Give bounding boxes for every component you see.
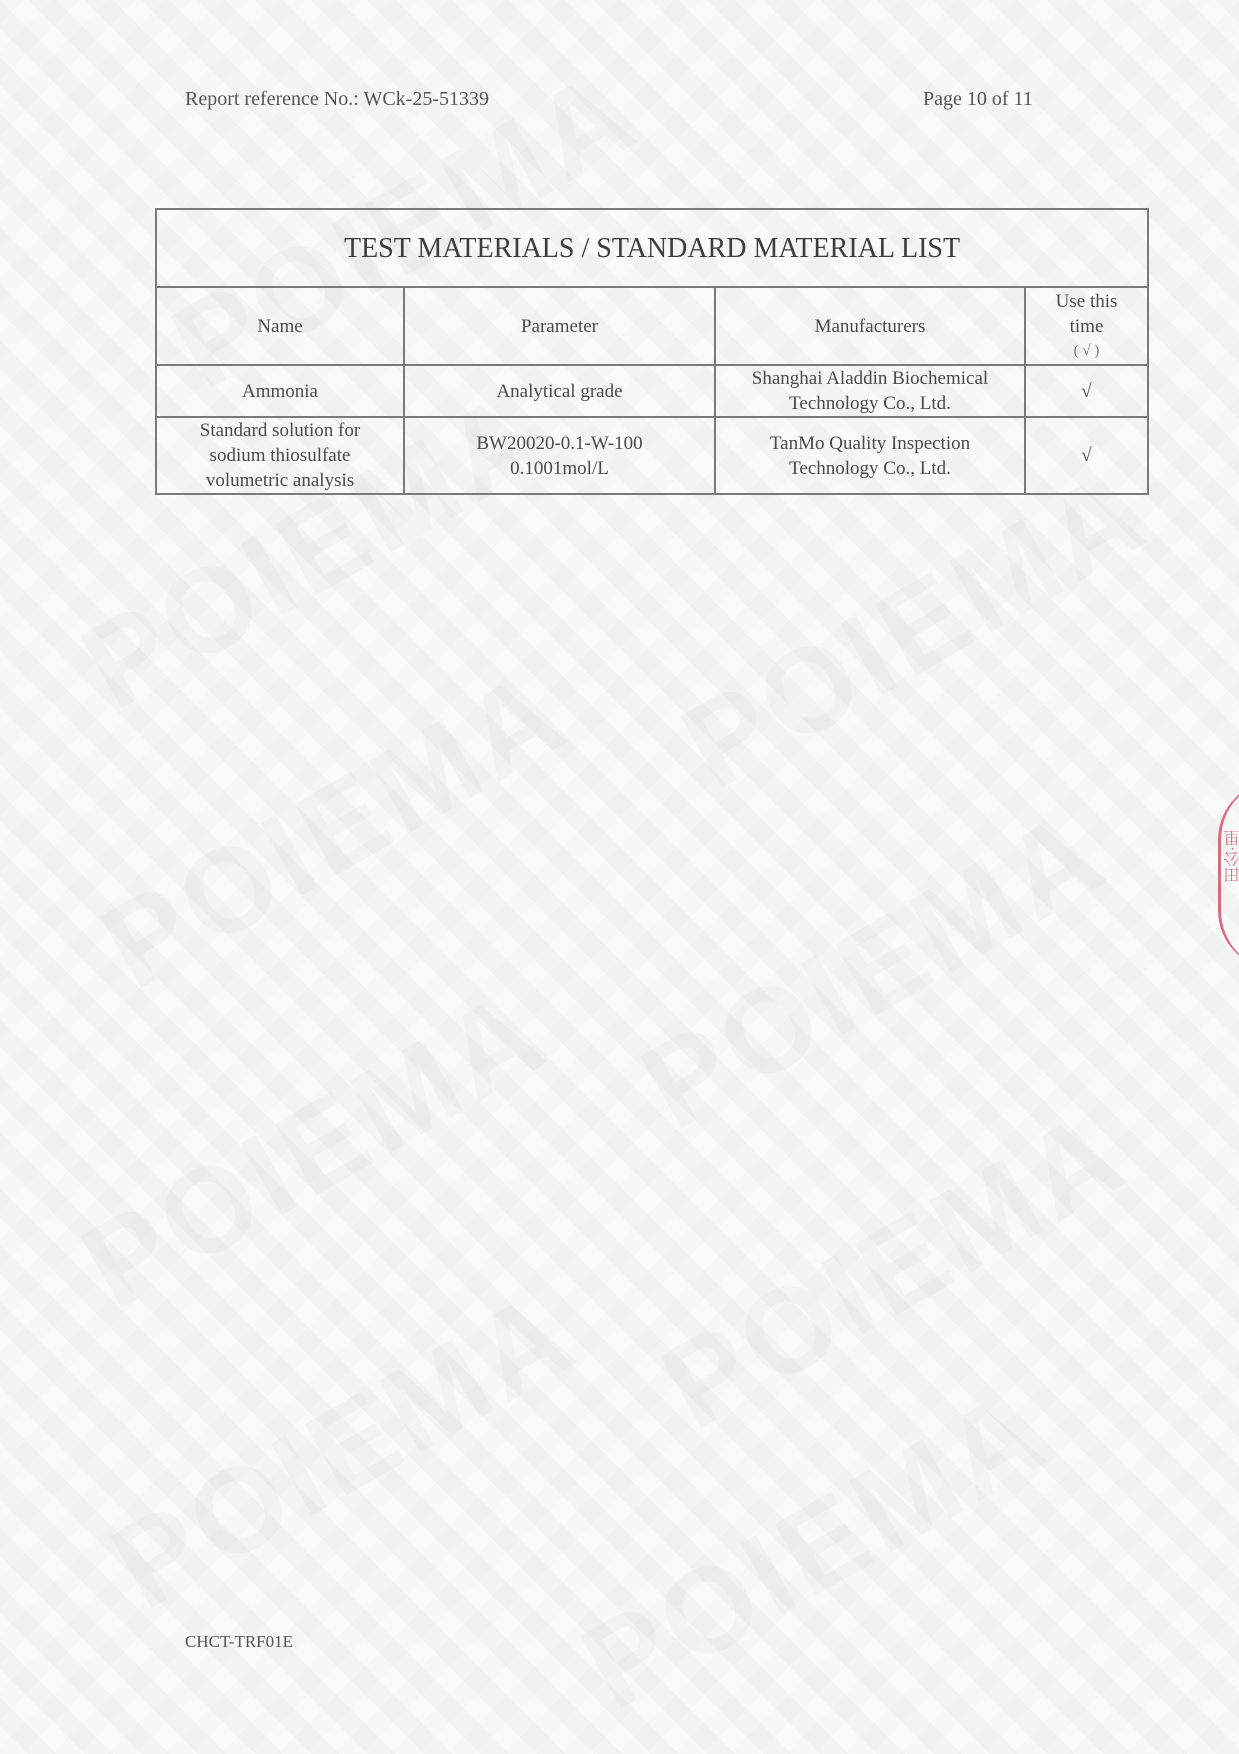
- manufacturer-line: Shanghai Aladdin Biochemical: [722, 366, 1018, 391]
- use-this-time-line2: time: [1032, 314, 1141, 339]
- form-code: CHCT-TRF01E: [185, 1632, 293, 1652]
- watermark: POIEMA: [90, 1262, 600, 1636]
- column-header-manufacturers: Manufacturers: [715, 287, 1025, 365]
- watermark: POIEMA: [560, 1362, 1070, 1736]
- parameter-line: BW20020-0.1-W-100: [411, 431, 708, 456]
- name-line: sodium thiosulfate: [163, 443, 397, 468]
- manufacturer-line: TanMo Quality Inspection: [722, 431, 1018, 456]
- use-this-time-line1: Use this: [1032, 289, 1141, 314]
- page-number: Page 10 of 11: [923, 88, 1033, 111]
- table-row: Ammonia Analytical grade Shanghai Aladdi…: [156, 365, 1148, 417]
- cell-name: Standard solution for sodium thiosulfate…: [156, 417, 404, 494]
- column-header-parameter: Parameter: [404, 287, 715, 365]
- name-line: volumetric analysis: [163, 468, 397, 493]
- parameter-line: 0.1001mol/L: [411, 456, 708, 481]
- watermark: POIEMA: [60, 962, 570, 1336]
- cell-parameter: Analytical grade: [404, 365, 715, 417]
- table-row: Standard solution for sodium thiosulfate…: [156, 417, 1148, 494]
- seal-text: 田公·里: [1222, 830, 1239, 883]
- cell-parameter: BW20020-0.1-W-100 0.1001mol/L: [404, 417, 715, 494]
- cell-manufacturer: Shanghai Aladdin Biochemical Technology …: [715, 365, 1025, 417]
- watermark: POIEMA: [640, 1082, 1150, 1456]
- table-title: TEST MATERIALS / STANDARD MATERIAL LIST: [156, 209, 1148, 287]
- watermark: POIEMA: [660, 442, 1170, 816]
- check-mark-icon: √: [1025, 417, 1148, 494]
- cell-name: Ammonia: [156, 365, 404, 417]
- table-header-row: Name Parameter Manufacturers Use this ti…: [156, 287, 1148, 365]
- materials-table: TEST MATERIALS / STANDARD MATERIAL LIST …: [155, 208, 1149, 495]
- check-mark-icon: √: [1025, 365, 1148, 417]
- cell-manufacturer: TanMo Quality Inspection Technology Co.,…: [715, 417, 1025, 494]
- name-line: Standard solution for: [163, 418, 397, 443]
- watermark: POIEMA: [80, 642, 590, 1016]
- manufacturer-line: Technology Co., Ltd.: [722, 456, 1018, 481]
- check-mark-icon: ( √ ): [1032, 339, 1141, 364]
- column-header-use-this-time: Use this time ( √ ): [1025, 287, 1148, 365]
- watermark: POIEMA: [620, 782, 1130, 1156]
- column-header-name: Name: [156, 287, 404, 365]
- manufacturer-line: Technology Co., Ltd.: [722, 391, 1018, 416]
- report-reference: Report reference No.: WCk-25-51339: [185, 88, 489, 111]
